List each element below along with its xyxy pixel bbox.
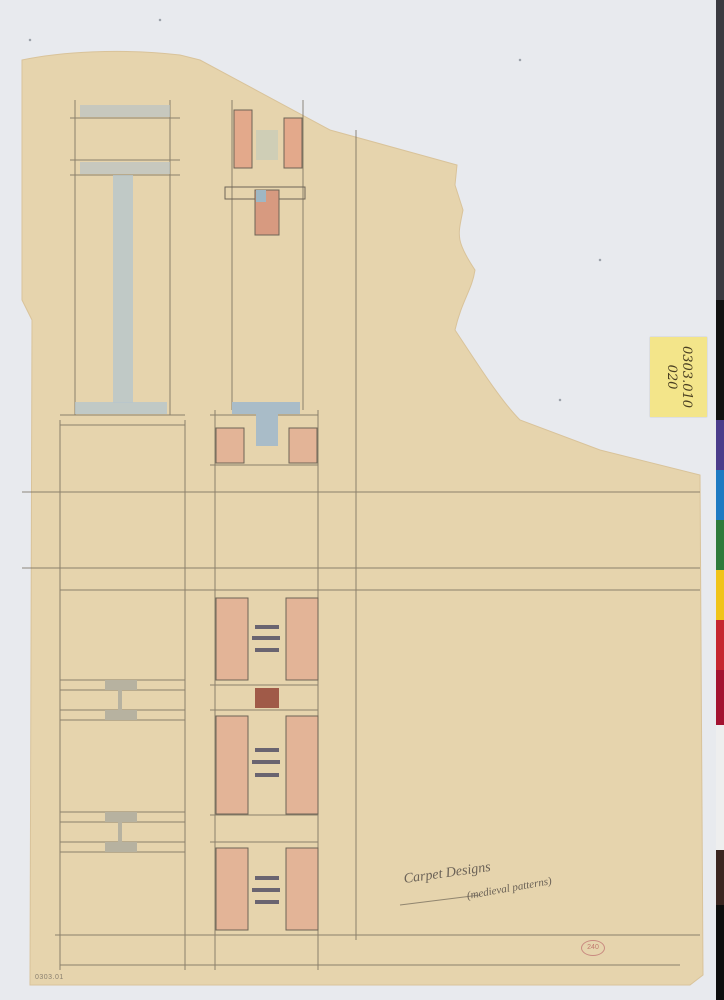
sticky-note-line1: 0303.010 bbox=[679, 346, 694, 408]
color-swatch-crimson bbox=[716, 670, 724, 725]
color-swatch-green bbox=[716, 520, 724, 570]
color-calibration-strip bbox=[716, 0, 724, 1000]
sticky-note-line2: 020 bbox=[664, 346, 679, 408]
color-swatch-black bbox=[716, 300, 724, 420]
color-swatch-purple bbox=[716, 420, 724, 470]
color-swatch-blue bbox=[716, 470, 724, 520]
color-swatch-yellow bbox=[716, 570, 724, 620]
color-swatch-black-bottom bbox=[716, 905, 724, 1000]
color-swatch-white bbox=[716, 725, 724, 850]
color-swatch-gray-dark bbox=[716, 0, 724, 300]
color-swatch-brown bbox=[716, 850, 724, 905]
drawing-sheet bbox=[0, 0, 724, 1000]
catalog-mark: 0303.01 bbox=[35, 974, 64, 981]
color-swatch-red bbox=[716, 620, 724, 670]
inventory-stamp: 240 bbox=[581, 940, 605, 956]
sticky-note-label: 0303.010 020 bbox=[650, 337, 707, 417]
